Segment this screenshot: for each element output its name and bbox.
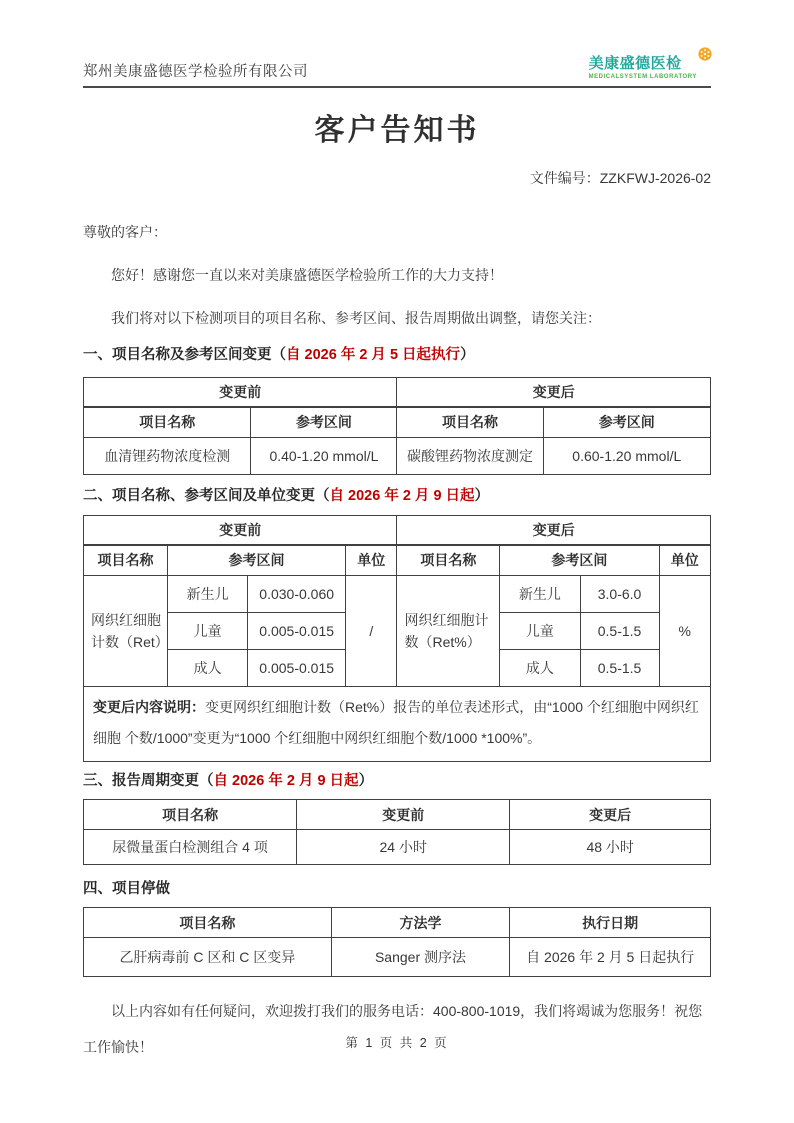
change-note: 变更后内容说明：变更网织红细胞计数（Ret%）报告的单位表述形式，由“1000 … — [84, 687, 711, 762]
col-header-item-name: 项目名称 — [84, 908, 332, 938]
doc-number-label: 文件编号： — [530, 170, 600, 186]
closing-paragraph: 以上内容如有任何疑问，欢迎拨打我们的服务电话：400-800-1019，我们将竭… — [83, 993, 711, 1065]
col-header-after: 变更后 — [397, 516, 711, 545]
col-header-effective-date: 执行日期 — [510, 908, 711, 938]
cell-after-cycle: 48 小时 — [510, 830, 711, 865]
cell-age-group: 成人 — [168, 650, 248, 687]
table-row: 血清锂药物浓度检测 0.40-1.20 mmol/L 碳酸锂药物浓度测定 0.6… — [84, 438, 711, 475]
document-header: 郑州美康盛德医学检验所有限公司 美康盛德医检 MEDI — [83, 56, 711, 88]
table-row: 项目名称 变更前 变更后 — [84, 800, 711, 830]
cell-item-name: 乙肝病毒前 C 区和 C 区变异 — [84, 938, 332, 977]
cell-after-item-name: 网织红细胞计数（Ret%） — [397, 576, 500, 687]
col-header-before: 变更前 — [84, 378, 397, 407]
cell-ref-range: 0.005-0.015 — [248, 613, 346, 650]
col-header-ref-range: 参考区间 — [251, 407, 397, 438]
col-header-after: 变更后 — [397, 378, 711, 407]
table-row: 项目名称 参考区间 单位 项目名称 参考区间 单位 — [84, 545, 711, 576]
section-2-heading: 二、项目名称、参考区间及单位变更（自 2026 年 2 月 9 日起） — [83, 486, 711, 506]
col-header-ref-range: 参考区间 — [500, 545, 659, 576]
table-row: 变更前 变更后 — [84, 516, 711, 545]
section-2-effective-date: 自 2026 年 2 月 9 日起 — [330, 488, 475, 504]
paren-close: ） — [460, 347, 475, 363]
cell-age-group: 成人 — [500, 650, 580, 687]
table-report-cycle-change: 项目名称 变更前 变更后 尿微量蛋白检测组合 4 项 24 小时 48 小时 — [83, 799, 711, 865]
col-header-unit: 单位 — [346, 545, 397, 576]
cell-before-unit: / — [346, 576, 397, 687]
paragraph-greeting: 您好！感谢您一直以来对美康盛德医学检验所工作的大力支持！ — [83, 264, 711, 286]
col-header-before: 变更前 — [84, 516, 397, 545]
cell-age-group: 儿童 — [500, 613, 580, 650]
col-header-after: 变更后 — [510, 800, 711, 830]
cell-age-group: 儿童 — [168, 613, 248, 650]
company-name: 郑州美康盛德医学检验所有限公司 — [83, 60, 308, 82]
section-2-title: 二、项目名称、参考区间及单位变更 — [83, 488, 315, 504]
section-3-title: 三、报告周期变更 — [83, 773, 199, 789]
cell-before-range: 0.40-1.20 mmol/L — [251, 438, 397, 475]
table-row: 项目名称 参考区间 项目名称 参考区间 — [84, 407, 711, 438]
table-unit-change: 变更前 变更后 项目名称 参考区间 单位 项目名称 参考区间 单位 网织红细胞计… — [83, 515, 711, 762]
cell-effective-date: 自 2026 年 2 月 5 日起执行 — [510, 938, 711, 977]
table-row: 项目名称 方法学 执行日期 — [84, 908, 711, 938]
col-header-methodology: 方法学 — [331, 908, 510, 938]
cell-ref-range: 0.005-0.015 — [248, 650, 346, 687]
section-3-effective-date: 自 2026 年 2 月 9 日起 — [214, 773, 359, 789]
col-header-item-name: 项目名称 — [84, 800, 297, 830]
cell-age-group: 新生儿 — [500, 576, 580, 613]
cell-ref-range: 0.030-0.060 — [248, 576, 346, 613]
page-title: 客户告知书 — [83, 113, 711, 149]
col-header-item-name: 项目名称 — [84, 407, 251, 438]
flower-badge-icon — [698, 47, 712, 65]
section-1-heading: 一、项目名称及参考区间变更（自 2026 年 2 月 5 日起执行） — [83, 345, 711, 365]
table-row: 网织红细胞计数（Ret） 新生儿 0.030-0.060 / 网织红细胞计数（R… — [84, 576, 711, 613]
col-header-item-name: 项目名称 — [397, 545, 500, 576]
table-row: 变更前 变更后 — [84, 378, 711, 407]
cell-after-unit: % — [659, 576, 710, 687]
table-row: 尿微量蛋白检测组合 4 项 24 小时 48 小时 — [84, 830, 711, 865]
cell-before-name: 血清锂药物浓度检测 — [84, 438, 251, 475]
cell-methodology: Sanger 测序法 — [331, 938, 510, 977]
col-header-item-name: 项目名称 — [397, 407, 543, 438]
document-page: 郑州美康盛德医学检验所有限公司 美康盛德医检 MEDI — [0, 0, 794, 1123]
cell-age-group: 新生儿 — [168, 576, 248, 613]
table-discontinued-items: 项目名称 方法学 执行日期 乙肝病毒前 C 区和 C 区变异 Sanger 测序… — [83, 907, 711, 977]
company-logo: 美康盛德医检 MEDICALSYSTEM LABORATORY — [589, 56, 711, 82]
change-note-label: 变更后内容说明： — [93, 699, 205, 715]
col-header-ref-range: 参考区间 — [543, 407, 710, 438]
paren-open: （ — [272, 347, 287, 363]
section-4-heading: 四、项目停做 — [83, 879, 711, 899]
table-name-range-change: 变更前 变更后 项目名称 参考区间 项目名称 参考区间 血清锂药物浓度检测 0.… — [83, 377, 711, 475]
section-4-title: 四、项目停做 — [83, 881, 170, 897]
cell-after-name: 碳酸锂药物浓度测定 — [397, 438, 543, 475]
paren-close: ） — [359, 773, 374, 789]
logo-subtext: MEDICALSYSTEM LABORATORY — [589, 74, 697, 80]
doc-number-value: ZZKFWJ-2026-02 — [600, 170, 711, 186]
section-3-heading: 三、报告周期变更（自 2026 年 2 月 9 日起） — [83, 771, 711, 791]
doc-number: 文件编号：ZZKFWJ-2026-02 — [83, 168, 711, 188]
paren-close: ） — [475, 488, 490, 504]
salutation: 尊敬的客户： — [83, 221, 711, 243]
table-row: 乙肝病毒前 C 区和 C 区变异 Sanger 测序法 自 2026 年 2 月… — [84, 938, 711, 977]
section-1-effective-date: 自 2026 年 2 月 5 日起执行 — [286, 347, 460, 363]
col-header-item-name: 项目名称 — [84, 545, 168, 576]
paren-open: （ — [315, 488, 330, 504]
cell-before-item-name: 网织红细胞计数（Ret） — [84, 576, 168, 687]
col-header-before: 变更前 — [297, 800, 510, 830]
cell-before-cycle: 24 小时 — [297, 830, 510, 865]
cell-ref-range: 0.5-1.5 — [580, 650, 659, 687]
table-row: 变更后内容说明：变更网织红细胞计数（Ret%）报告的单位表述形式，由“1000 … — [84, 687, 711, 762]
paragraph-intro: 我们将对以下检测项目的项目名称、参考区间、报告周期做出调整，请您关注： — [83, 307, 711, 329]
paren-open: （ — [199, 773, 214, 789]
section-1-title: 一、项目名称及参考区间变更 — [83, 347, 272, 363]
col-header-ref-range: 参考区间 — [168, 545, 346, 576]
page-footer: 第 1 页 共 2 页 — [0, 1033, 794, 1051]
cell-ref-range: 3.0-6.0 — [580, 576, 659, 613]
logo-text: 美康盛德医检 — [589, 55, 682, 72]
col-header-unit: 单位 — [659, 545, 710, 576]
cell-item-name: 尿微量蛋白检测组合 4 项 — [84, 830, 297, 865]
cell-ref-range: 0.5-1.5 — [580, 613, 659, 650]
cell-after-range: 0.60-1.20 mmol/L — [543, 438, 710, 475]
